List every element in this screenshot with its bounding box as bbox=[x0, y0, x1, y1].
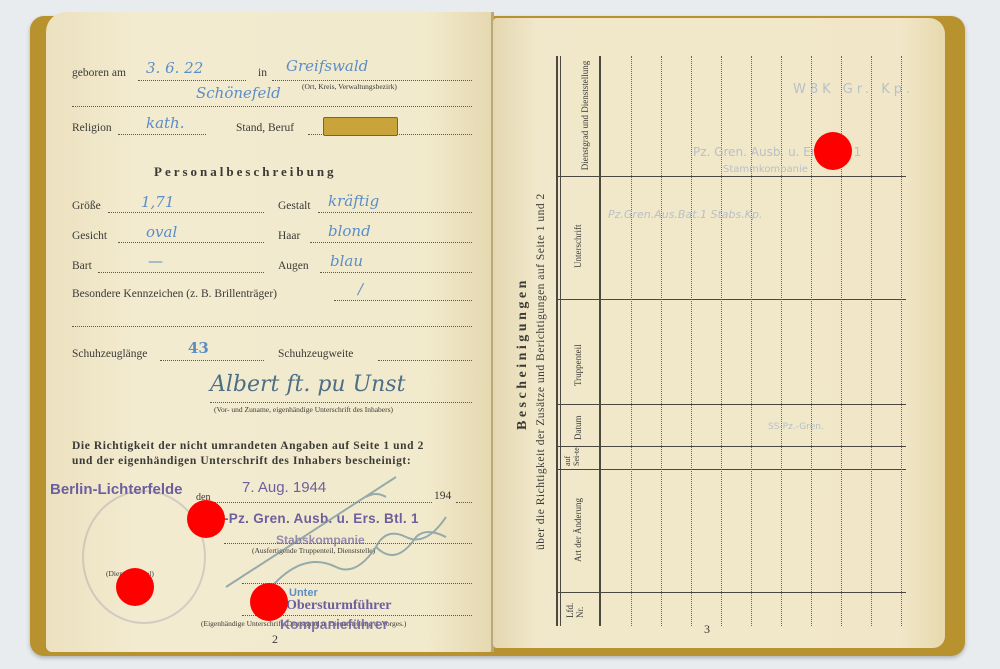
religion-value: kath. bbox=[146, 114, 185, 132]
groesse-value: 1,71 bbox=[141, 193, 174, 211]
col-divider-1 bbox=[556, 176, 906, 177]
rank-role: Kompanieführer bbox=[280, 616, 388, 632]
section-title: Personalbeschreibung bbox=[154, 164, 337, 180]
ruling-line bbox=[631, 56, 632, 626]
kennzeichen-label: Besondere Kennzeichen (z. B. Brillenträg… bbox=[72, 288, 277, 300]
kennzeichen-line2 bbox=[72, 326, 472, 327]
ruling-line bbox=[691, 56, 692, 626]
table-header-right-line bbox=[599, 56, 601, 626]
gesicht-value: oval bbox=[146, 223, 177, 241]
redaction-dot bbox=[116, 568, 154, 606]
bleed-through-text: W8K Gr. Kp. bbox=[793, 82, 914, 97]
schuh-weite-label: Schuhzeugweite bbox=[278, 348, 353, 360]
right-page-number: 3 bbox=[704, 622, 710, 637]
holder-signature: Albert ft. pu Unst bbox=[210, 372, 405, 397]
officer-signature-scribble bbox=[196, 467, 476, 617]
bart-dotted-line bbox=[98, 272, 264, 273]
kennzeichen-value: / bbox=[358, 280, 363, 298]
rank-stamp: Obersturmführer bbox=[286, 598, 392, 614]
haar-label: Haar bbox=[278, 230, 300, 242]
place-dotted-line bbox=[272, 80, 472, 81]
redaction-dot bbox=[187, 500, 225, 538]
table-outer-line-inner bbox=[560, 56, 561, 626]
col-header-unterschrift: Unterschrift bbox=[573, 225, 583, 268]
born-value: 3. 6. 22 bbox=[146, 59, 203, 77]
ruling-line bbox=[661, 56, 662, 626]
occupation-redaction-tape bbox=[323, 117, 398, 136]
schuh-weite-dotted-line bbox=[378, 360, 472, 361]
right-page-title: Bescheinigungen bbox=[515, 277, 531, 430]
bleed-through-text: Pz.Gren.Aus.Bat.1 Stabs.Kp. bbox=[608, 208, 762, 221]
table-outer-line bbox=[556, 56, 558, 626]
in-label: in bbox=[258, 67, 267, 79]
ruling-line bbox=[721, 56, 722, 626]
bleed-through-text: SS-Pz.-Gren. bbox=[768, 422, 824, 432]
born-dotted-line bbox=[138, 80, 246, 81]
stand-label: Stand, Beruf bbox=[236, 122, 294, 134]
col-header-truppenteil: Truppenteil bbox=[573, 344, 583, 386]
col-divider-3 bbox=[556, 404, 906, 405]
col-header-dienstgrad: Dienstgrad und Dienststellung bbox=[579, 58, 591, 173]
left-page-number: 2 bbox=[272, 632, 278, 647]
haar-dotted-line bbox=[310, 242, 472, 243]
schuh-laenge-value: 43 bbox=[188, 339, 209, 357]
right-page: Bescheinigungen über die Richtigkeit der… bbox=[493, 18, 945, 648]
born-label: geboren am bbox=[72, 67, 126, 79]
ruling-line bbox=[751, 56, 752, 626]
haar-value: blond bbox=[328, 222, 371, 240]
place-line2-dotted bbox=[72, 106, 472, 107]
groesse-label: Größe bbox=[72, 200, 101, 212]
col-divider-6 bbox=[556, 592, 906, 593]
gestalt-label: Gestalt bbox=[278, 200, 311, 212]
col-divider-4 bbox=[556, 446, 906, 447]
augen-dotted-line bbox=[320, 272, 472, 273]
holder-signature-hint: (Vor- und Zuname, eigenhändige Unterschr… bbox=[214, 405, 393, 414]
gestalt-value: kräftig bbox=[328, 192, 379, 210]
gesicht-dotted-line bbox=[118, 242, 264, 243]
col-divider-2 bbox=[556, 299, 906, 300]
gesicht-label: Gesicht bbox=[72, 230, 107, 242]
certification-text-1: Die Richtigkeit der nicht umrandeten Ang… bbox=[72, 440, 424, 452]
place-value: Greifswald bbox=[286, 57, 368, 75]
bart-label: Bart bbox=[72, 260, 92, 272]
place-hint: (Ort, Kreis, Verwaltungsbezirk) bbox=[302, 82, 397, 91]
religion-dotted-line bbox=[118, 134, 206, 135]
augen-label: Augen bbox=[278, 260, 309, 272]
gestalt-dotted-line bbox=[318, 212, 472, 213]
service-stamp-circle bbox=[82, 490, 206, 624]
col-header-art-der-aenderung: Art der Änderung bbox=[573, 498, 583, 562]
place-line2: Schönefeld bbox=[196, 84, 281, 102]
ruling-line bbox=[781, 56, 782, 626]
holder-signature-line bbox=[210, 402, 472, 403]
religion-label: Religion bbox=[72, 122, 112, 134]
redaction-dot bbox=[250, 583, 288, 621]
ruling-line bbox=[811, 56, 812, 626]
ruling-line bbox=[871, 56, 872, 626]
certification-text-2: und der eigenhändigen Unterschrift des I… bbox=[72, 455, 411, 467]
schuh-laenge-dotted-line bbox=[160, 360, 264, 361]
groesse-dotted-line bbox=[108, 212, 264, 213]
left-page: geboren am 3. 6. 22 in Greifswald (Ort, … bbox=[46, 12, 493, 652]
col-divider-5 bbox=[556, 469, 906, 470]
bart-value: — bbox=[148, 252, 163, 270]
col-header-lfd-nr: Lfd. Nr. bbox=[565, 592, 585, 618]
right-page-subtitle: über die Richtigkeit der Zusätze und Ber… bbox=[535, 193, 547, 550]
schuh-laenge-label: Schuhzeuglänge bbox=[72, 348, 147, 360]
augen-value: blau bbox=[330, 252, 363, 270]
stamp-place: Berlin-Lichterfelde bbox=[50, 481, 183, 498]
kennzeichen-dotted-line bbox=[334, 300, 472, 301]
redaction-dot bbox=[814, 132, 852, 170]
col-header-datum: Datum bbox=[573, 416, 583, 441]
ruling-line bbox=[901, 56, 902, 626]
col-header-auf-seite: auf Sei-te bbox=[563, 442, 581, 466]
bleed-through-text: Stammkompanie bbox=[723, 164, 808, 175]
